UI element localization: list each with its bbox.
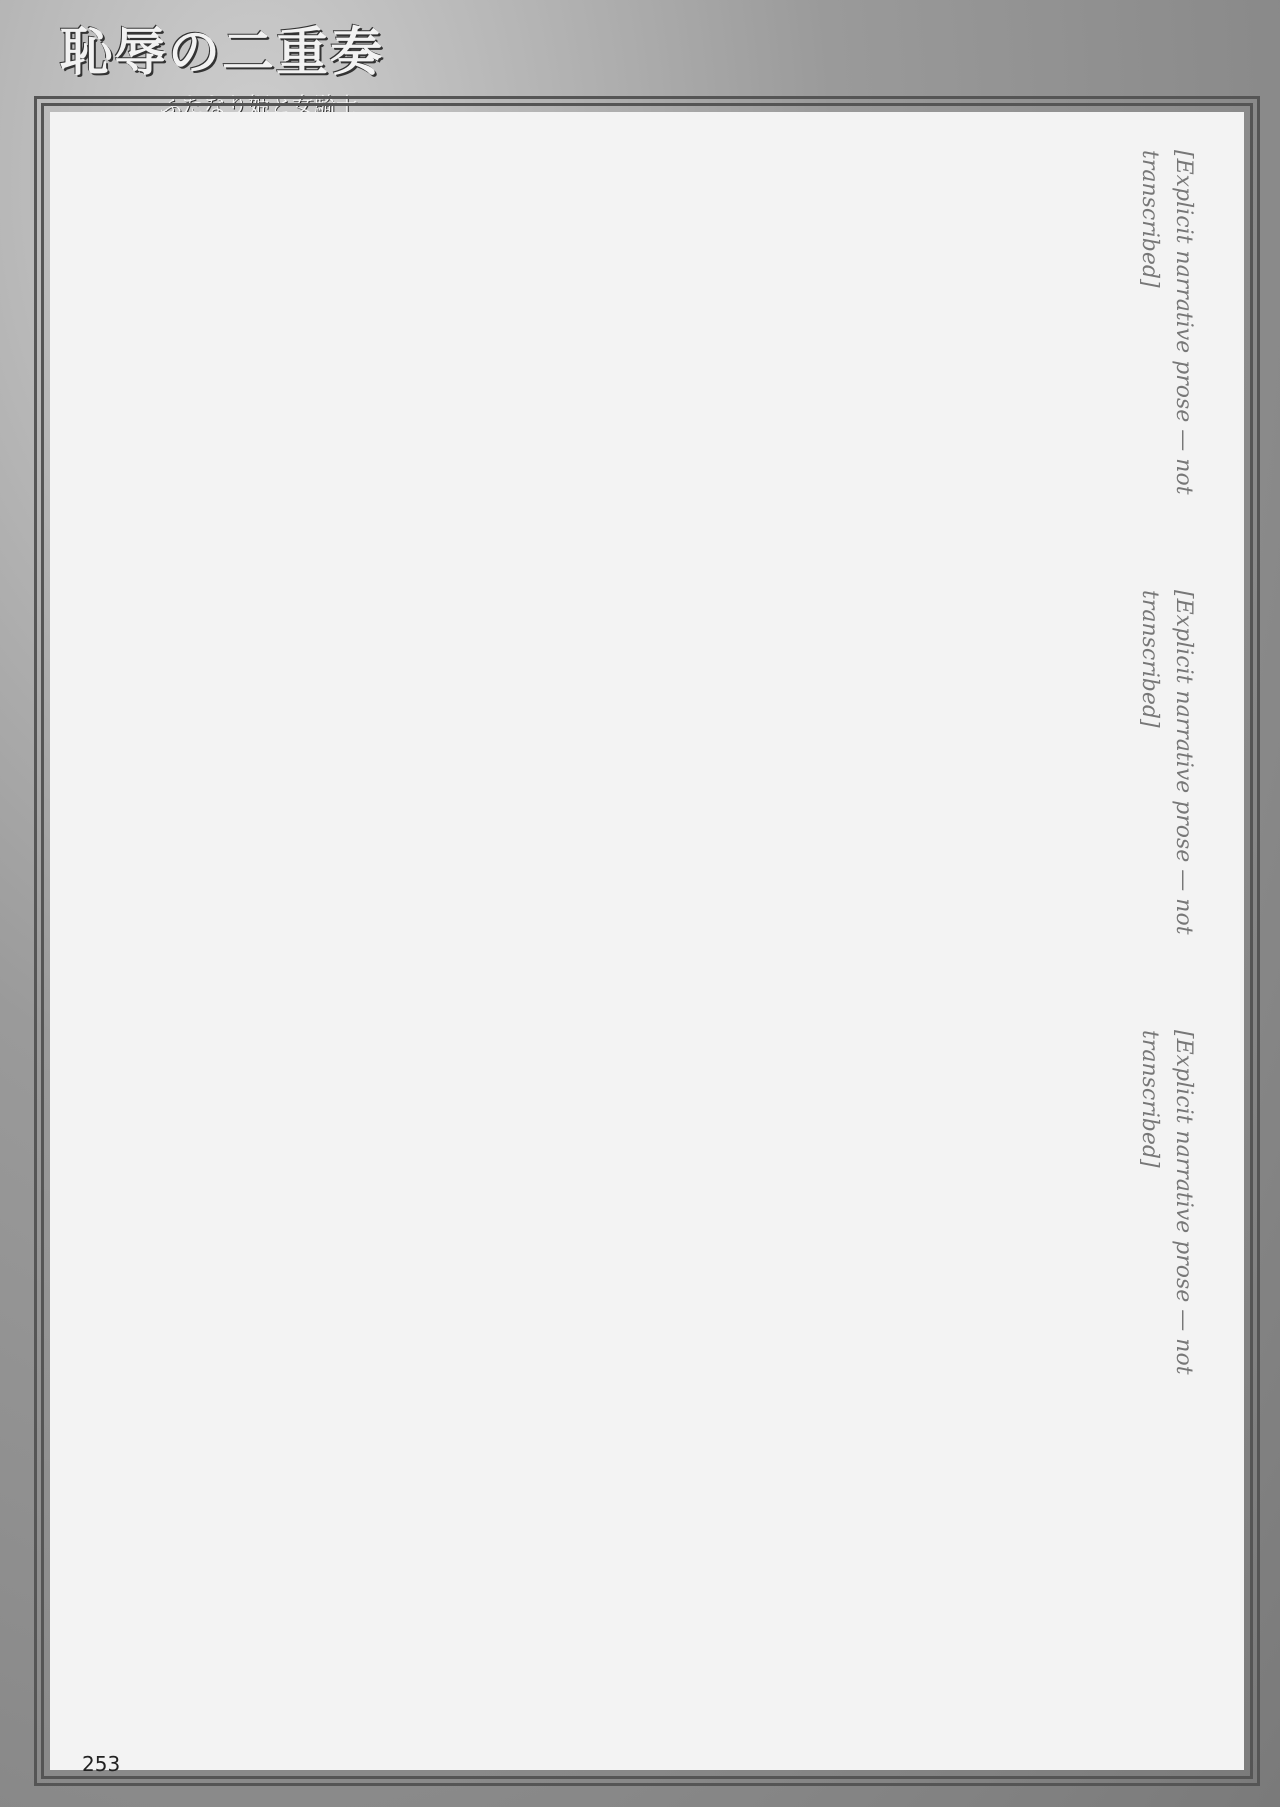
tier-text: [Explicit narrative prose — not transcri…: [1137, 590, 1196, 935]
text-tier-bottom: [Explicit narrative prose — not transcri…: [80, 1030, 1200, 1450]
tier-text: [Explicit narrative prose — not transcri…: [1137, 150, 1196, 495]
text-tier-top: [Explicit narrative prose — not transcri…: [80, 150, 1200, 570]
book-title: 恥辱の二重奏: [60, 10, 420, 85]
text-tier-middle: [Explicit narrative prose — not transcri…: [80, 590, 1200, 1010]
tier-text: [Explicit narrative prose — not transcri…: [1137, 1030, 1196, 1375]
page-number: 253: [82, 1752, 120, 1776]
